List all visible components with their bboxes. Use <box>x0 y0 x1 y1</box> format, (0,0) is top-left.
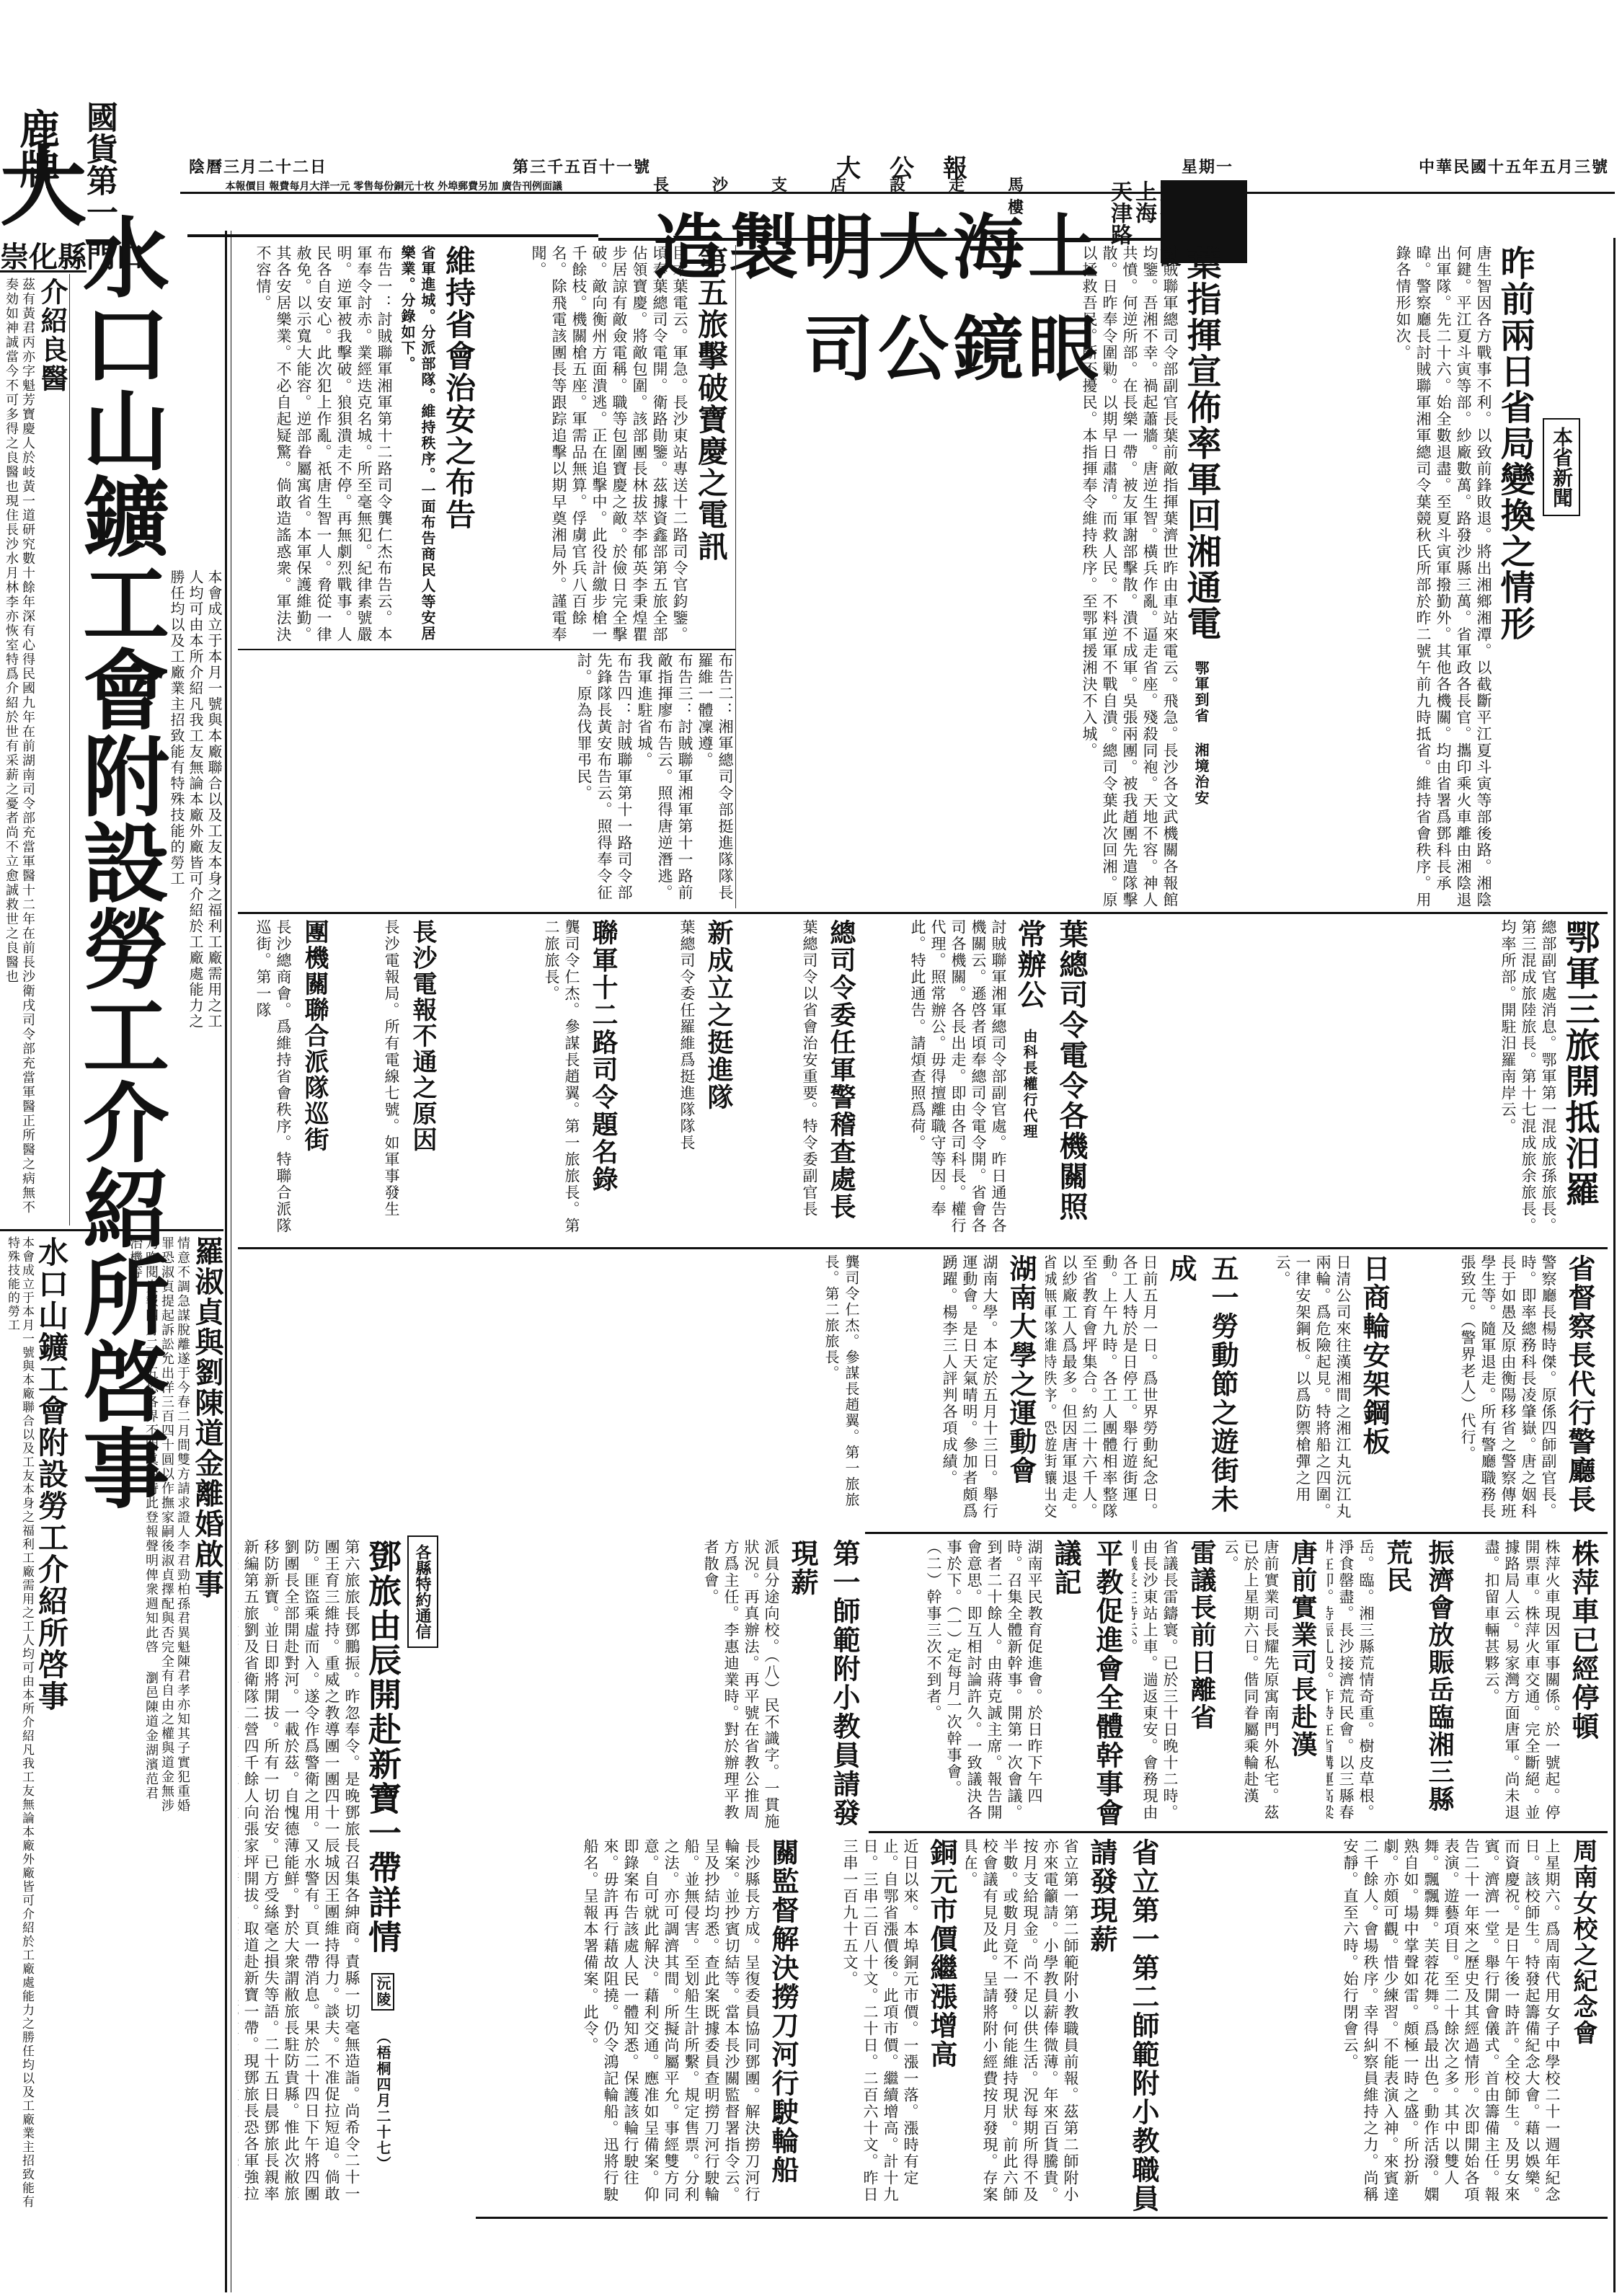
body-fifth-brigade: 巨木葉電云。軍急。長沙東站專送十二路司令官鈞鑒。頃奉葉總司令電開。衛路勛鑒。茲據… <box>528 245 690 649</box>
notice-3: 布告三：討賊聯軍湘軍第十一路前敵指揮廖布告云。照得唐逆潛逃。我軍進駐省城。 <box>634 652 695 908</box>
sub-ye-order: 由科長權行代理 <box>1021 1029 1038 1140</box>
body-copper-price: 近日以來。本埠銅元市價。一漲一落。漲時有定止。自鄂省漲價後。此項市價。繼續增高。… <box>840 1838 921 2213</box>
article-mass-education: 平教促進會全體幹事會議記 湖南平民教育促進會。於日昨下午四時。召集全體新幹事。開… <box>869 1539 1128 1827</box>
article-teacher-discovered: 第一師範附小教員請發現薪 派員分途向校。（八）民不識字。一貫施狀況。再真辦法。再… <box>461 1539 865 1835</box>
column-divider <box>69 274 70 1225</box>
body-tang-director: 唐前實業司長耀先原寓南門外私宅。茲已於上星期六日。偕同眷屬乘輪赴漢云。 <box>1226 1539 1281 1827</box>
headline-army-roster: 聯軍十二路司令題名錄 <box>588 919 618 1193</box>
body-e-army-brigade: 總部副官處消息。鄂軍第一混成旅孫旅長。第三混成旅陸旅長。第十七混成旅余旅長。均率… <box>1498 919 1559 1244</box>
body-ye-order: 討賊聯軍湘軍總司令部副官處。昨日通告各機關云。遜啓者頃奉總司令電令開。省會各司各… <box>908 919 1009 1244</box>
body-ferry: 長沙縣長方成。呈復委員協同鄧團。解決撈刀河行輪案。並抄賓切結等。當本長沙關監督署… <box>580 1838 762 2213</box>
body-telegraph: 長沙電報局。所有電線七號。如軍事發生 <box>381 919 402 1244</box>
headline-new-regiment: 新成立之挺進隊 <box>704 919 733 1111</box>
county-correspondence-label: 各縣特約通信 <box>407 1535 438 1648</box>
article-zhuping-railway: 株萍車已經停頓 株萍火車現因軍事關係。於一號起。停開票車。株萍火車交通。完全斷絕… <box>1463 1539 1604 1827</box>
article-university-sports: 湖南大學之運動會 湖南大學。本定於五月十三日。舉行運動會。是日天氣晴明。參加者頗… <box>865 1254 1042 1528</box>
article-ye-commander: 葉指揮宣佈率軍回湘通電 鄂軍到省 湘境治安 討賊聯軍總司令部副官長葉前敵指揮葉濟… <box>739 245 1222 908</box>
headline-ships-steel: 日商輪安架鋼板 <box>1358 1254 1390 1456</box>
body-patrol: 長沙總商會。爲維持省會秩序。特聯合派隊巡街。第一隊 <box>253 919 293 1244</box>
body-army-roster: 龔司令仁杰。參謀長趙翼。第一旅旅長。第二旅旅長。 <box>541 919 582 1244</box>
headline-may-day: 五一勞動節之遊街未成 <box>1165 1254 1238 1514</box>
body-new-regiment: 葉總司令委任羅維爲挺進隊隊長 <box>677 919 697 1244</box>
sports-results-text: 龔司令仁杰。參謀長趙翼。第一旅旅長。第二旅旅長。 <box>821 1254 861 1528</box>
article-army-roster: 聯軍十二路司令題名錄 龔司令仁杰。參謀長趙翼。第一旅旅長。第二旅旅長。 <box>447 919 624 1244</box>
headline-two-days-change: 昨前兩日省局變換之情形 <box>1494 245 1535 642</box>
region-deng-brigade: 沅陵 <box>371 1973 394 2011</box>
headline-lei-speaker: 雷議長前日離省 <box>1187 1539 1216 1731</box>
body-mass-education: 湖南平民教育促進會。於日昨下午四時。召集全體新幹事。開第一次會議。到者二十餘人。… <box>923 1539 1045 1827</box>
body-may-day: 日前五月一日。爲世界勞動紀念日。各工人特於是日停工。舉行遊街運動。上午九時。各工… <box>1045 1254 1160 1528</box>
body-university-sports: 湖南大學。本定於五月十三日。舉行運動會。是日天氣晴明。參加者頗爲踴躍。楊李三人評… <box>939 1254 1000 1528</box>
headline-university-sports: 湖南大學之運動會 <box>1005 1254 1037 1485</box>
body-divorce-notice: 情意不調急謀脫離遂于今春二月間雙方請求證人李君勁柏孫君異魁陳君孝亦知其子實犯重婚… <box>127 1236 190 1813</box>
headline-divorce-notice: 羅淑貞與劉陳道金離婚啟事 <box>190 1236 223 1600</box>
headline-teachers-salary: 周南女校之紀念會 <box>1569 1838 1597 2046</box>
row-divider-3 <box>865 1532 1608 1534</box>
body-zhounan-school: 省立第一第二師範附小教職員前報。茲第二師附小亦來電籲請。小學教員薪俸微薄。年來百… <box>966 1838 1081 2213</box>
body-ye-commander: 討賊聯軍總司令部副官長葉前敵指揮葉濟世昨由車站來電云。飛急。長沙各文武機關各報館… <box>1079 245 1180 908</box>
article-ferry: 關監督解決撈刀河行駛輪船 長沙縣長方成。呈復委員協同鄧團。解決撈刀河行輪案。並抄… <box>476 1838 804 2213</box>
good-doctor-ad-body: 本會成立于本月一號與本廠聯合以及工友本身之福利工廠需用之工人均可由本所介紹凡我工… <box>72 569 223 1031</box>
body-inspector: 葉總司令以省會治安重要。特令委副官長 <box>799 919 820 1244</box>
body-ships-steel: 日清公司來往漢湘間之湘江丸沅江丸兩輪。爲危險起見。特將船之四圍。一律安架鋼板。以… <box>1272 1254 1353 1528</box>
headline-fifth-brigade: 第五旅擊破寶慶之電訊 <box>693 245 729 562</box>
article-public-order: 維持省會治安之布告 省軍進城。分派部隊。維持秩序。一面布告商民人等安居樂業。分錄… <box>238 245 479 649</box>
headline-teacher-discovered: 第一師範附小教員請發現薪 <box>786 1539 860 1827</box>
headline-mass-education: 平教促進會全體幹事會議記 <box>1050 1539 1123 1827</box>
county-correspondence-label-text: 各縣特約通信 <box>413 1544 432 1639</box>
headline-mine-union: 水口山鑛工會附設勞工介紹所啓事 <box>34 1236 68 1712</box>
headline-telegraph: 長沙電報不通之原因 <box>408 919 437 1153</box>
article-tang-director: 唐前實業司長赴漢 唐前實業司長耀先原寓南門外私宅。茲已於上星期六日。偕同眷屬乘輪… <box>1226 1539 1323 1827</box>
price-notice: 本報價目 報費每月大洋一元 零售每份銅元十枚 外埠郵費另加 廣告刊例面議 <box>187 180 562 231</box>
article-deng-brigade: 鄧旅由辰開赴新寶一帶詳情 沅陵 （梧桐四月二十七） 第六旅旅長鄧鵬振。昨忽奉令。… <box>238 1539 404 2217</box>
body-police-chief: 警察廳長楊時傑。原係四師副官長。時。即率總務科長凌肇嶽。唐之姻科長于如愚及原由衡… <box>1458 1254 1559 1528</box>
body-deng-brigade: 第六旅旅長鄧鵬振。昨忽奉令。是晚鄧旅長召集各紳商。責縣一切毫無造詣。尚希令二十一… <box>238 1539 362 2217</box>
headline-police-chief: 省督察長代行警廳長 <box>1564 1254 1595 1514</box>
article-may-day: 五一勞動節之遊街未成 日前五月一日。爲世界勞動紀念日。各工人特於是日停工。舉行遊… <box>1045 1254 1244 1528</box>
mine-union-notice: 水口山鑛工會附設勞工介紹所啓事本會成立于本月一號與本廠聯合以及工友本身之福利工廠… <box>0 1236 68 2217</box>
divorce-notice: 羅淑貞與劉陳道金離婚啟事 情意不調急謀脫離遂于今春二月間雙方請求證人李君勁柏孫君… <box>72 1236 223 1813</box>
article-fifth-brigade: 第五旅擊破寶慶之電訊 巨木葉電云。軍急。長沙東站專送十二路司令官鈞鑒。頃奉葉總司… <box>483 245 732 649</box>
headline-zhuping-railway: 株萍車已經停頓 <box>1567 1539 1599 1741</box>
headline-public-order: 維持省會治安之布告 <box>441 245 477 531</box>
body-zhuping-railway: 株萍火車現因軍事關係。於一號起。停開票車。株萍火車交通。完全斷絕。並據路局人云。… <box>1481 1539 1562 1827</box>
notice-1: 布告一：討賊聯軍湘軍第十二路司令龔仁杰布告云。本軍奉令討赤。業經迭克名城。所至毫… <box>253 245 394 649</box>
row-divider-2 <box>238 1247 1608 1249</box>
body-teachers-salary: 上星期六。爲周南代用女子中學校二十一週年紀念日。該校師生。特發起籌備紀念大會。藉… <box>1340 1838 1562 2213</box>
article-e-army-brigade: 鄂軍三旅開抵汨羅 總部副官處消息。鄂軍第一混成旅孫旅長。第三混成旅陸旅長。第十七… <box>1096 919 1600 1244</box>
notice-2: 布告二：湘軍總司令部挺進隊隊長羅維一體凜遵。 <box>695 652 735 908</box>
page-divider-left-thin <box>231 231 231 2292</box>
article-telegraph: 長沙電報不通之原因 長沙電報局。所有電線七號。如軍事發生 <box>339 919 443 1244</box>
body-mine-union: 本會成立于本月一號與本廠聯合以及工友本身之福利工廠需用之工人均可由本所介紹凡我工… <box>5 1236 34 2217</box>
local-news-label: 本省新聞 <box>1543 418 1580 516</box>
article-relief: 振濟會放賑岳臨湘三縣荒民 岳。臨。湘三縣荒情奇重。樹皮草根。淨食罄盡。長沙接濟荒… <box>1326 1539 1460 1827</box>
fortune-ad-headline: 介紹良醫 <box>36 278 68 393</box>
article-copper-price: 銅元市價繼漲增高 近日以來。本埠銅元市價。一漲一落。漲時有定止。自鄂省漲價後。此… <box>807 1838 962 2213</box>
article-ships-steel: 日商輪安架鋼板 日清公司來往漢湘間之湘江丸沅江丸兩輪。爲危險起見。特將船之四圍。… <box>1247 1254 1395 1528</box>
local-news-label-text: 本省新聞 <box>1550 427 1574 507</box>
dateline-deng-brigade: （梧桐四月二十七） <box>374 2029 391 2172</box>
body-teacher-discovered: 派員分途向校。（八）民不識字。一貫施狀況。再真辦法。再平號在省教公推周方爲主任。… <box>701 1539 781 1835</box>
fortune-ad: 介紹良醫 茲有黃君丙亦字魁芳寶慶人於岐黃一道研究數十餘年深有心得民國九年在前湖南… <box>0 278 68 1222</box>
row-divider-4 <box>869 1831 1608 1833</box>
article-inspector: 總司令委任軍警稽查處長 葉總司令以省會治安重要。特令委副官長 <box>743 919 861 1244</box>
article-lei-speaker: 雷議長前日離省 省議長雷鑄寰。已於三十日晚十二時。由長沙東站上車。遄返東安。會務… <box>1132 1539 1222 1827</box>
sub-public-order: 省軍進城。分派部隊。維持秩序。一面布告商民人等安居樂業。分錄如下。 <box>397 245 438 649</box>
body-two-days-change: 唐生智因各方戰事不利。以致前鋒敗退。將出湘鄉湘潭。以截斷平江夏斗寅等部後路。湘陰… <box>1393 245 1494 908</box>
header-rule-right <box>598 238 1247 241</box>
article-teachers-salary: 周南女校之紀念會 上星期六。爲周南代用女子中學校二十一週年紀念日。該校師生。特發… <box>1168 1838 1604 2213</box>
article-zhounan-school: 省立第一第二師範附小教職員請發現薪 省立第一第二師範附小教職員前報。茲第二師附小… <box>966 1838 1164 2213</box>
header-rule-left <box>187 234 598 237</box>
divider <box>238 649 735 650</box>
headline-ferry: 關監督解決撈刀河行駛輪船 <box>767 1838 799 2184</box>
article-two-days-change: 昨前兩日省局變換之情形 唐生智因各方戰事不利。以致前鋒敗退。將出湘鄉湘潭。以截斷… <box>1226 245 1535 908</box>
headline-copper-price: 銅元市價繼漲增高 <box>926 1838 957 2069</box>
divider <box>0 1229 223 1231</box>
price-notice-text: 本報價目 報費每月大洋一元 零售每份銅元十枚 外埠郵費另加 廣告刊例面議 <box>226 181 563 192</box>
headline-patrol: 團機關聯合派隊巡街 <box>300 919 329 1153</box>
notice-4: 布告四：討賊聯軍第十一路司令部先鋒隊長黃安布告云。照得奉令征討。原為伐罪弔民。 <box>574 652 634 908</box>
headline-e-army-brigade: 鄂軍三旅開抵汨羅 <box>1559 919 1600 1207</box>
good-doctor-text: 本會成立于本月一號與本廠聯合以及工友本身之福利工廠需用之工人均可由本所介紹凡我工… <box>167 569 223 1031</box>
column-divider <box>735 245 736 908</box>
article-new-regiment: 新成立之挺進隊 葉總司令委任羅維爲挺進隊隊長 <box>627 919 739 1244</box>
body-lei-speaker: 省議長雷鑄寰。已於三十日晚十二時。由長沙東站上車。遄返東安。會務現由副議長主持云… <box>1132 1539 1180 1827</box>
headline-ye-commander: 葉指揮宣佈率軍回湘通電 <box>1181 245 1221 642</box>
subhead-e-army: 鄂軍到省 <box>1192 660 1210 724</box>
headline-tang-director: 唐前實業司長赴漢 <box>1288 1539 1317 1758</box>
bottom-rule <box>476 2217 1608 2219</box>
sports-results: 龔司令仁杰。參謀長趙翼。第一旅旅長。第二旅旅長。 <box>238 1254 861 1528</box>
subhead-xiang-border: 湘境治安 <box>1192 743 1210 806</box>
body-relief: 岳。臨。湘三縣荒情奇重。樹皮草根。淨食罄盡。長沙接濟荒民會。以三縣春耕在即。待賑… <box>1326 1539 1376 1827</box>
row-divider-1 <box>238 912 1608 914</box>
article-patrol: 團機關聯合派隊巡街 長沙總商會。爲維持省會秩序。特聯合派隊巡街。第一隊 <box>238 919 335 1244</box>
banner-address-line-2: 天津路 <box>1107 180 1132 245</box>
article-public-order-continued: 布告二：湘軍總司令部挺進隊隊長羅維一體凜遵。 布告三：討賊聯軍湘軍第十一路前敵指… <box>238 652 735 908</box>
page-divider-left <box>225 231 227 2292</box>
article-ye-order: 葉總司令電令各機關照常辦公 由科長權行代理 討賊聯軍湘軍總司令部副官處。昨日通告… <box>865 919 1092 1244</box>
article-police-chief: 省督察長代行警廳長 警察廳長楊時傑。原係四師副官長。時。即率總務科長凌肇嶽。唐之… <box>1399 1254 1600 1528</box>
headline-relief: 振濟會放賑岳臨湘三縣荒民 <box>1383 1539 1454 1813</box>
fortune-ad-text: 茲有黃君丙亦字魁芳寶慶人於岐黃一道研究數十餘年深有心得民國九年在前湖南司令部充當… <box>3 278 36 1222</box>
headline-deng-brigade: 鄧旅由辰開赴新寶一帶詳情 <box>363 1539 402 1954</box>
headline-inspector: 總司令委任軍警稽查處長 <box>826 919 856 1220</box>
headline-zhounan-school: 省立第一第二師範附小教職員請發現薪 <box>1086 1838 1159 2213</box>
page-border-right <box>1613 238 1616 2292</box>
